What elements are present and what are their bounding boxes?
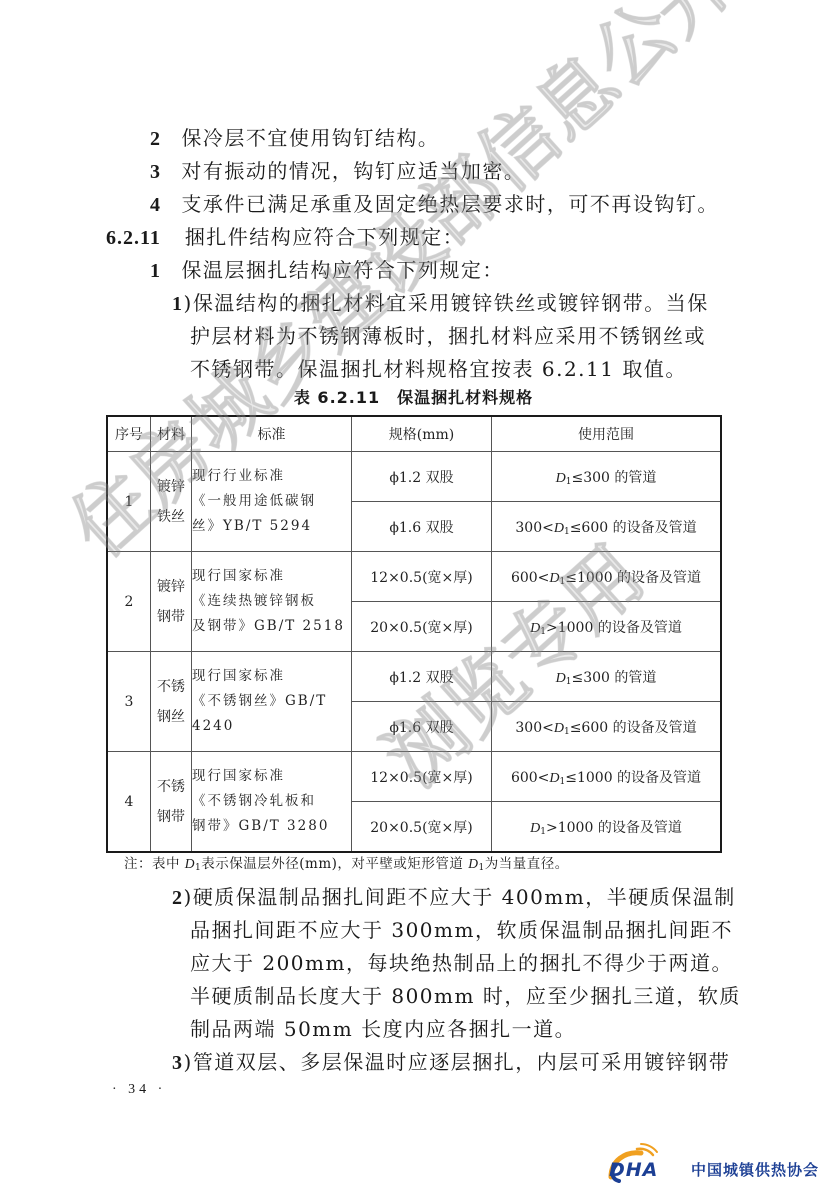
cell-spec: ϕ1.2 双股: [352, 652, 492, 702]
item-2-line-3: 应大于 200mm，每块绝热制品上的捆扎不得少于两道。: [190, 950, 733, 976]
cell-range: 300<D1≤600 的设备及管道: [492, 702, 722, 752]
cell-range: D1>1000 的设备及管道: [492, 602, 722, 652]
table-header-row: 序号 材料 标准 规格(mm) 使用范围: [107, 416, 721, 452]
cell-range: D1≤300 的管道: [492, 652, 722, 702]
header-material: 材料: [151, 416, 192, 452]
clause-number: 6.2.11: [106, 227, 161, 249]
sub-clause-1: 1 保温层捆扎结构应符合下列规定：: [150, 257, 504, 284]
clause-6-2-11: 6.2.11 捆扎件结构应符合下列规定：: [106, 224, 464, 251]
cell-no: 3: [107, 652, 151, 752]
logo-org-name: 中国城镇供热协会: [691, 1159, 819, 1180]
cell-range: D1>1000 的设备及管道: [492, 802, 722, 853]
cell-material: 不锈钢丝: [151, 652, 192, 752]
header-standard: 标准: [192, 416, 352, 452]
cell-spec: 20×0.5(宽×厚): [352, 802, 492, 853]
cell-spec: 20×0.5(宽×厚): [352, 602, 492, 652]
cell-standard: 现行国家标准《不锈钢冷轧板和钢带》GB/T 3280: [192, 752, 352, 853]
cell-no: 4: [107, 752, 151, 853]
table-title: 表 6.2.11 保温捆扎材料规格: [0, 385, 827, 408]
table-row: 3 不锈钢丝 现行国家标准《不锈钢丝》GB/T4240 ϕ1.2 双股 D1≤3…: [107, 652, 721, 702]
table-row: 2 镀锌钢带 现行国家标准《连续热镀锌钢板及钢带》GB/T 2518 12×0.…: [107, 552, 721, 602]
cdha-logo: DHA 中国城镇供热协会: [603, 1143, 819, 1183]
table-row: 1 镀锌铁丝 现行行业标准《一般用途低碳钢丝》YB/T 5294 ϕ1.2 双股…: [107, 452, 721, 502]
page-number: · 34 ·: [112, 1082, 166, 1098]
item-1-line-2: 护层材料为不锈钢薄板时，捆扎材料应采用不锈钢丝或: [190, 323, 706, 349]
item-2-line-2: 品捆扎间距不应大于 300mm，软质保温制品捆扎间距不: [190, 917, 733, 943]
cell-range: D1≤300 的管道: [492, 452, 722, 502]
cell-material: 不锈钢带: [151, 752, 192, 853]
list-item-4: 4 支承件已满足承重及固定绝热层要求时，可不再设钩钉。: [150, 191, 719, 218]
cell-spec: ϕ1.2 双股: [352, 452, 492, 502]
item-2-line-5: 制品两端 50mm 长度内应各捆扎一道。: [190, 1016, 576, 1042]
clause-text: 捆扎件结构应符合下列规定：: [185, 225, 465, 249]
logo-mark: DHA: [603, 1143, 683, 1183]
item-3-line-1: 3)管道双层、多层保温时应逐层捆扎，内层可采用镀锌钢带: [172, 1049, 730, 1076]
cell-range: 300<D1≤600 的设备及管道: [492, 502, 722, 552]
item-1-line-3: 不锈钢带。保温捆扎材料规格宜按表 6.2.11 取值。: [190, 356, 687, 382]
cell-no: 1: [107, 452, 151, 552]
table-row: 4 不锈钢带 现行国家标准《不锈钢冷轧板和钢带》GB/T 3280 12×0.5…: [107, 752, 721, 802]
cell-material: 镀锌钢带: [151, 552, 192, 652]
header-no: 序号: [107, 416, 151, 452]
logo-letters: DHA: [609, 1159, 658, 1181]
item-2-line-4: 半硬质制品长度大于 800mm 时，应至少捆扎三道，软质: [190, 983, 741, 1009]
cell-standard: 现行国家标准《连续热镀锌钢板及钢带》GB/T 2518: [192, 552, 352, 652]
item-2-line-1: 2)硬质保温制品捆扎间距不应大于 400mm，半硬质保温制: [172, 884, 736, 911]
cell-no: 2: [107, 552, 151, 652]
cell-standard: 现行国家标准《不锈钢丝》GB/T4240: [192, 652, 352, 752]
item-1-line-1: 1)保温结构的捆扎材料宜采用镀锌铁丝或镀锌钢带。当保: [172, 290, 709, 317]
spec-table: 序号 材料 标准 规格(mm) 使用范围 1 镀锌铁丝 现行行业标准《一般用途低…: [106, 415, 722, 853]
cell-spec: 12×0.5(宽×厚): [352, 752, 492, 802]
cell-range: 600<D1≤1000 的设备及管道: [492, 552, 722, 602]
cell-spec: 12×0.5(宽×厚): [352, 552, 492, 602]
header-spec: 规格(mm): [352, 416, 492, 452]
list-item-2: 2 保冷层不宜使用钩钉结构。: [150, 125, 439, 152]
cell-range: 600<D1≤1000 的设备及管道: [492, 752, 722, 802]
cell-standard: 现行行业标准《一般用途低碳钢丝》YB/T 5294: [192, 452, 352, 552]
header-range: 使用范围: [492, 416, 722, 452]
list-item-3: 3 对有振动的情况，钩钉应适当加密。: [150, 158, 525, 185]
table-note: 注：表中 D1表示保温层外径(mm)，对平壁或矩形管道 D1为当量直径。: [124, 852, 569, 873]
cell-spec: ϕ1.6 双股: [352, 502, 492, 552]
cell-spec: ϕ1.6 双股: [352, 702, 492, 752]
cell-material: 镀锌铁丝: [151, 452, 192, 552]
